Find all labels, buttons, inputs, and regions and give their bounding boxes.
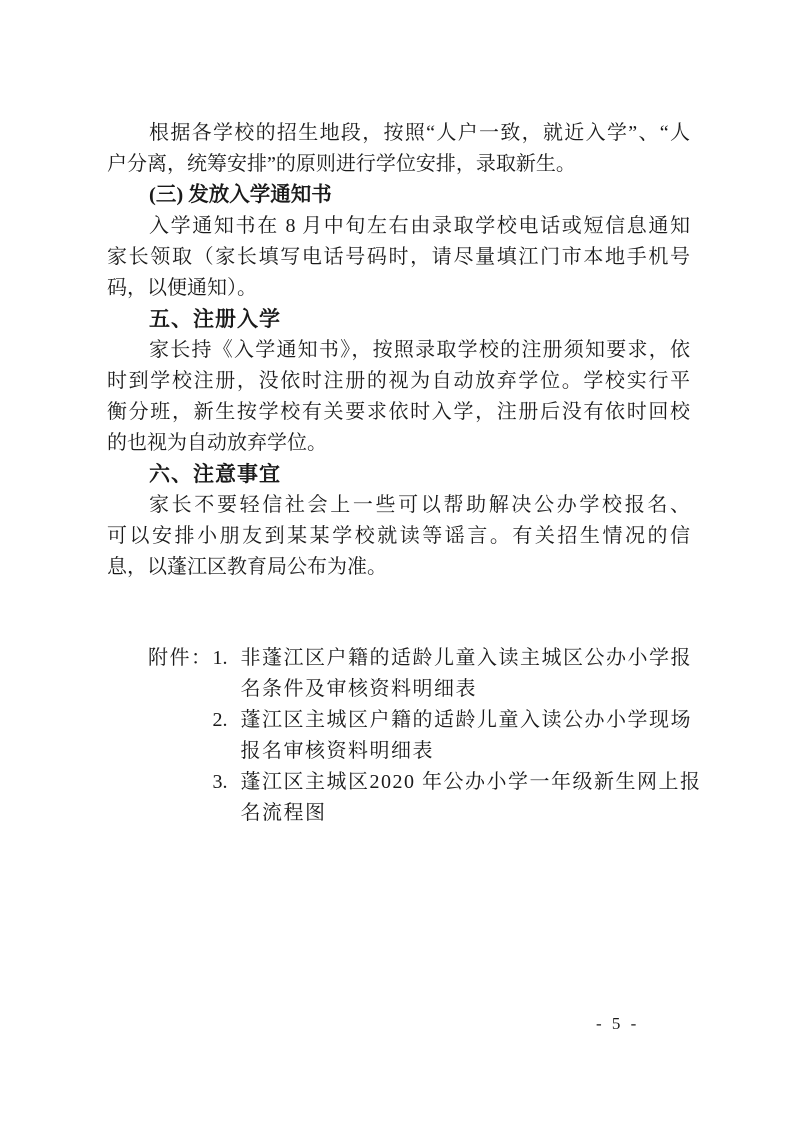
attachments-section: 附件： 1. 非蓬江区户籍的适龄儿童入读主城区公办小学报 名条件及审核资料明细表…: [107, 643, 690, 829]
vertical-gap: [107, 583, 690, 643]
attachment-item-text: 蓬江区主城区户籍的适龄儿童入读公办小学现场: [241, 705, 693, 736]
attachment-item-number: 1.: [213, 643, 241, 674]
body-line: 可以安排小朋友到某某学校就读等谣言。有关招生情况的信: [107, 521, 690, 552]
heading-section-6: 六、注意事宜: [107, 459, 690, 490]
attachment-item-text: 名流程图: [241, 798, 327, 829]
body-line: 码，以便通知）。: [107, 273, 690, 304]
attachment-item-text: 名条件及审核资料明细表: [241, 674, 478, 705]
heading-section-5: 五、注册入学: [107, 304, 690, 335]
page-number: - 5 -: [596, 1014, 639, 1034]
attachment-item-number: 3.: [213, 767, 241, 798]
body-line: 入学通知书在 8 月中旬左右由录取学校电话或短信息通知: [107, 211, 690, 242]
body-line: 息，以蓬江区教育局公布为准。: [107, 552, 690, 583]
attachments-label: 附件：: [148, 643, 213, 674]
body-line: 根据各学校的招生地段，按照“人户一致，就近入学”、“人: [107, 118, 690, 149]
body-line: 家长持《入学通知书》，按照录取学校的注册须知要求，依: [107, 335, 690, 366]
attachments-label-spacer: [148, 767, 213, 798]
attachment-item-1-line-2: 名条件及审核资料明细表: [148, 674, 690, 705]
body-line: 家长不要轻信社会上一些可以帮助解决公办学校报名、: [107, 490, 690, 521]
attachment-item-text: 蓬江区主城区2020 年公办小学一年级新生网上报: [241, 767, 702, 798]
attachments-label-spacer: [148, 705, 213, 736]
attachment-item-2-line-2: 报名审核资料明细表: [148, 736, 690, 767]
attachment-item-text: 非蓬江区户籍的适龄儿童入读主城区公办小学报: [241, 643, 693, 674]
body-line: 户分离，统筹安排”的原则进行学位安排，录取新生。: [107, 149, 690, 180]
body-line: 衡分班，新生按学校有关要求依时入学，注册后没有依时回校: [107, 397, 690, 428]
attachment-item-3-line-2: 名流程图: [148, 798, 690, 829]
body-line: 时到学校注册，没依时注册的视为自动放弃学位。学校实行平: [107, 366, 690, 397]
attachment-item-number: 2.: [213, 705, 241, 736]
body-line: 的也视为自动放弃学位。: [107, 428, 690, 459]
body-line: 家长领取（家长填写电话号码时，请尽量填江门市本地手机号: [107, 242, 690, 273]
document-body: 根据各学校的招生地段，按照“人户一致，就近入学”、“人 户分离，统筹安排”的原则…: [107, 118, 690, 829]
attachment-item-1-line-1: 附件： 1. 非蓬江区户籍的适龄儿童入读主城区公办小学报: [148, 643, 690, 674]
attachment-item-3-line-1: 3. 蓬江区主城区2020 年公办小学一年级新生网上报: [148, 767, 690, 798]
attachment-item-2-line-1: 2. 蓬江区主城区户籍的适龄儿童入读公办小学现场: [148, 705, 690, 736]
attachment-item-text: 报名审核资料明细表: [241, 736, 435, 767]
heading-section-3: (三) 发放入学通知书: [107, 180, 690, 211]
